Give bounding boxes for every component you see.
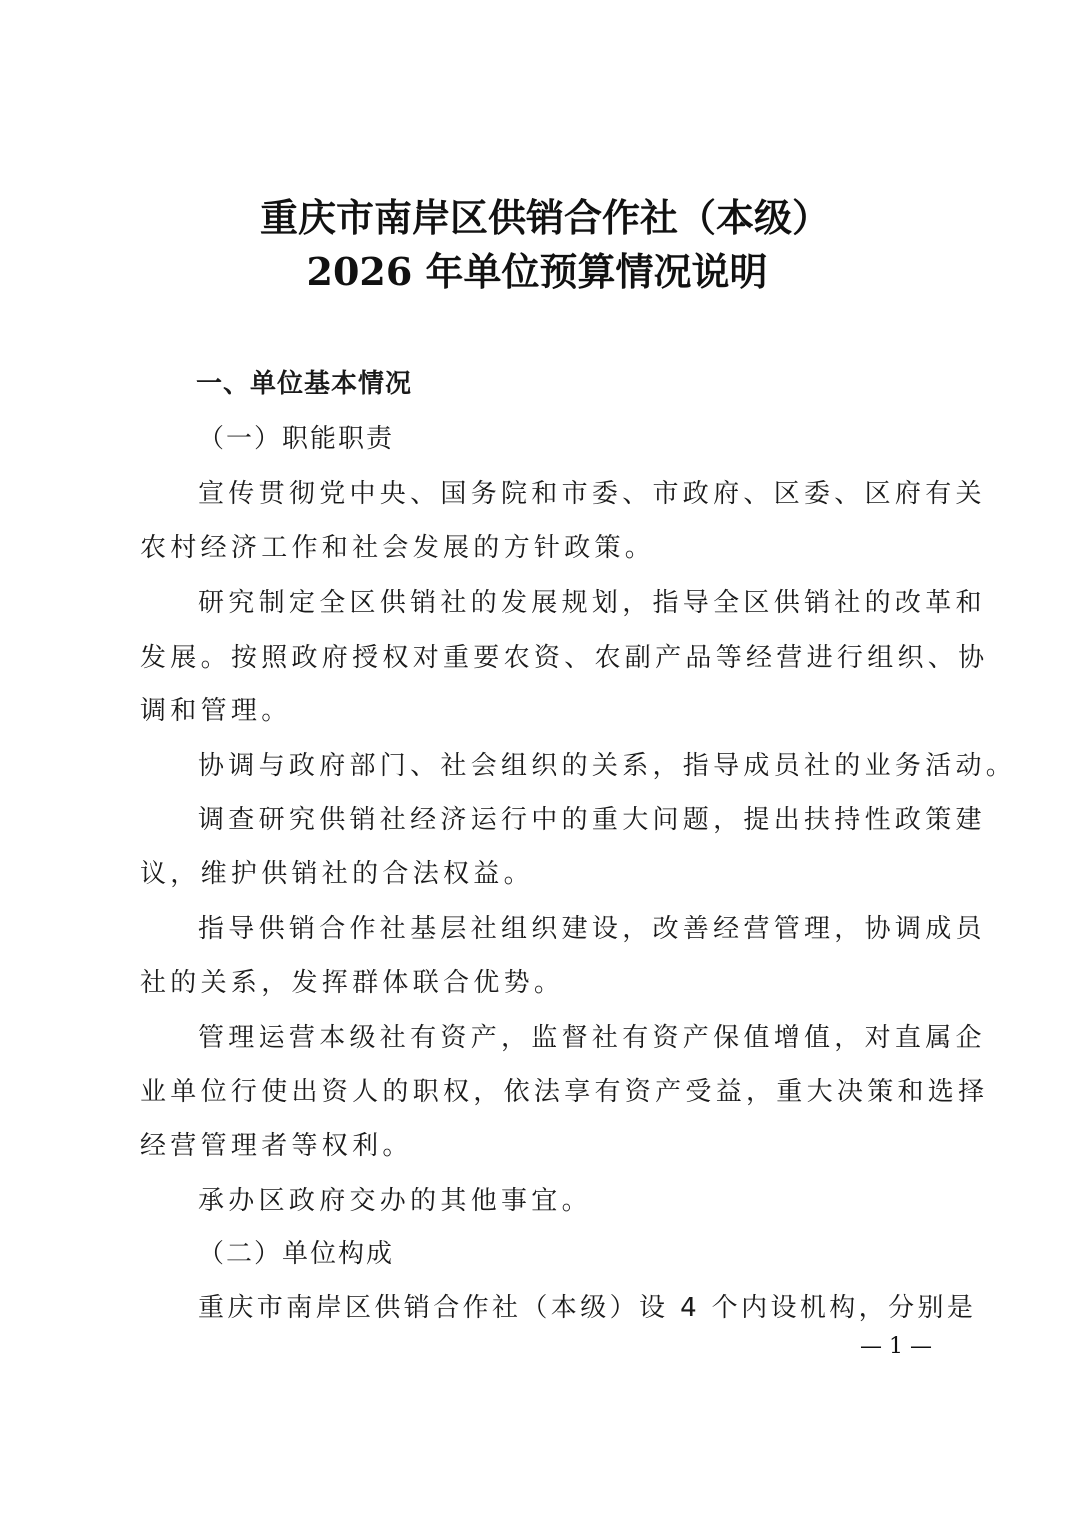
paragraph-line: 业单位行使出资人的职权，依法享有资产受益，重大决策和选择 — [140, 1074, 988, 1110]
paragraph-line: 农村经济工作和社会发展的方针政策。 — [140, 530, 655, 566]
document-title-line2: 2026 年单位预算情况说明 — [0, 246, 1074, 298]
document-page: 重庆市南岸区供销合作社（本级） 2026 年单位预算情况说明 一、单位基本情况 … — [0, 0, 1074, 1520]
subsection-heading-functions: （一）职能职责 — [198, 421, 394, 457]
paragraph-line: 调和管理。 — [140, 693, 292, 729]
paragraph-line: 经营管理者等权利。 — [140, 1128, 413, 1164]
paragraph-line: 研究制定全区供销社的发展规划，指导全区供销社的改革和 — [198, 585, 986, 621]
subsection-heading-composition: （二）单位构成 — [198, 1236, 394, 1272]
paragraph-line: 协调与政府部门、社会组织的关系，指导成员社的业务活动。 — [198, 748, 1016, 784]
paragraph-line: 重庆市南岸区供销合作社（本级）设 4 个内设机构，分别是 — [198, 1290, 976, 1326]
document-title-line1: 重庆市南岸区供销合作社（本级） — [8, 192, 1074, 244]
paragraph-line: 议，维护供销社的合法权益。 — [140, 856, 534, 892]
paragraph-line: 宣传贯彻党中央、国务院和市委、市政府、区委、区府有关 — [198, 476, 986, 512]
section-heading-basic-info: 一、单位基本情况 — [196, 366, 412, 402]
paragraph-line: 社的关系，发挥群体联合优势。 — [140, 965, 564, 1001]
paragraph-line: 管理运营本级社有资产，监督社有资产保值增值，对直属企 — [198, 1020, 986, 1056]
paragraph-line: 发展。按照政府授权对重要农资、农副产品等经营进行组织、协 — [140, 640, 988, 676]
paragraph-line: 承办区政府交办的其他事宜。 — [198, 1183, 592, 1219]
page-number: — 1 — — [860, 1332, 932, 1362]
paragraph-line: 指导供销合作社基层社组织建设，改善经营管理，协调成员 — [198, 911, 986, 947]
paragraph-line: 调查研究供销社经济运行中的重大问题，提出扶持性政策建 — [198, 802, 986, 838]
